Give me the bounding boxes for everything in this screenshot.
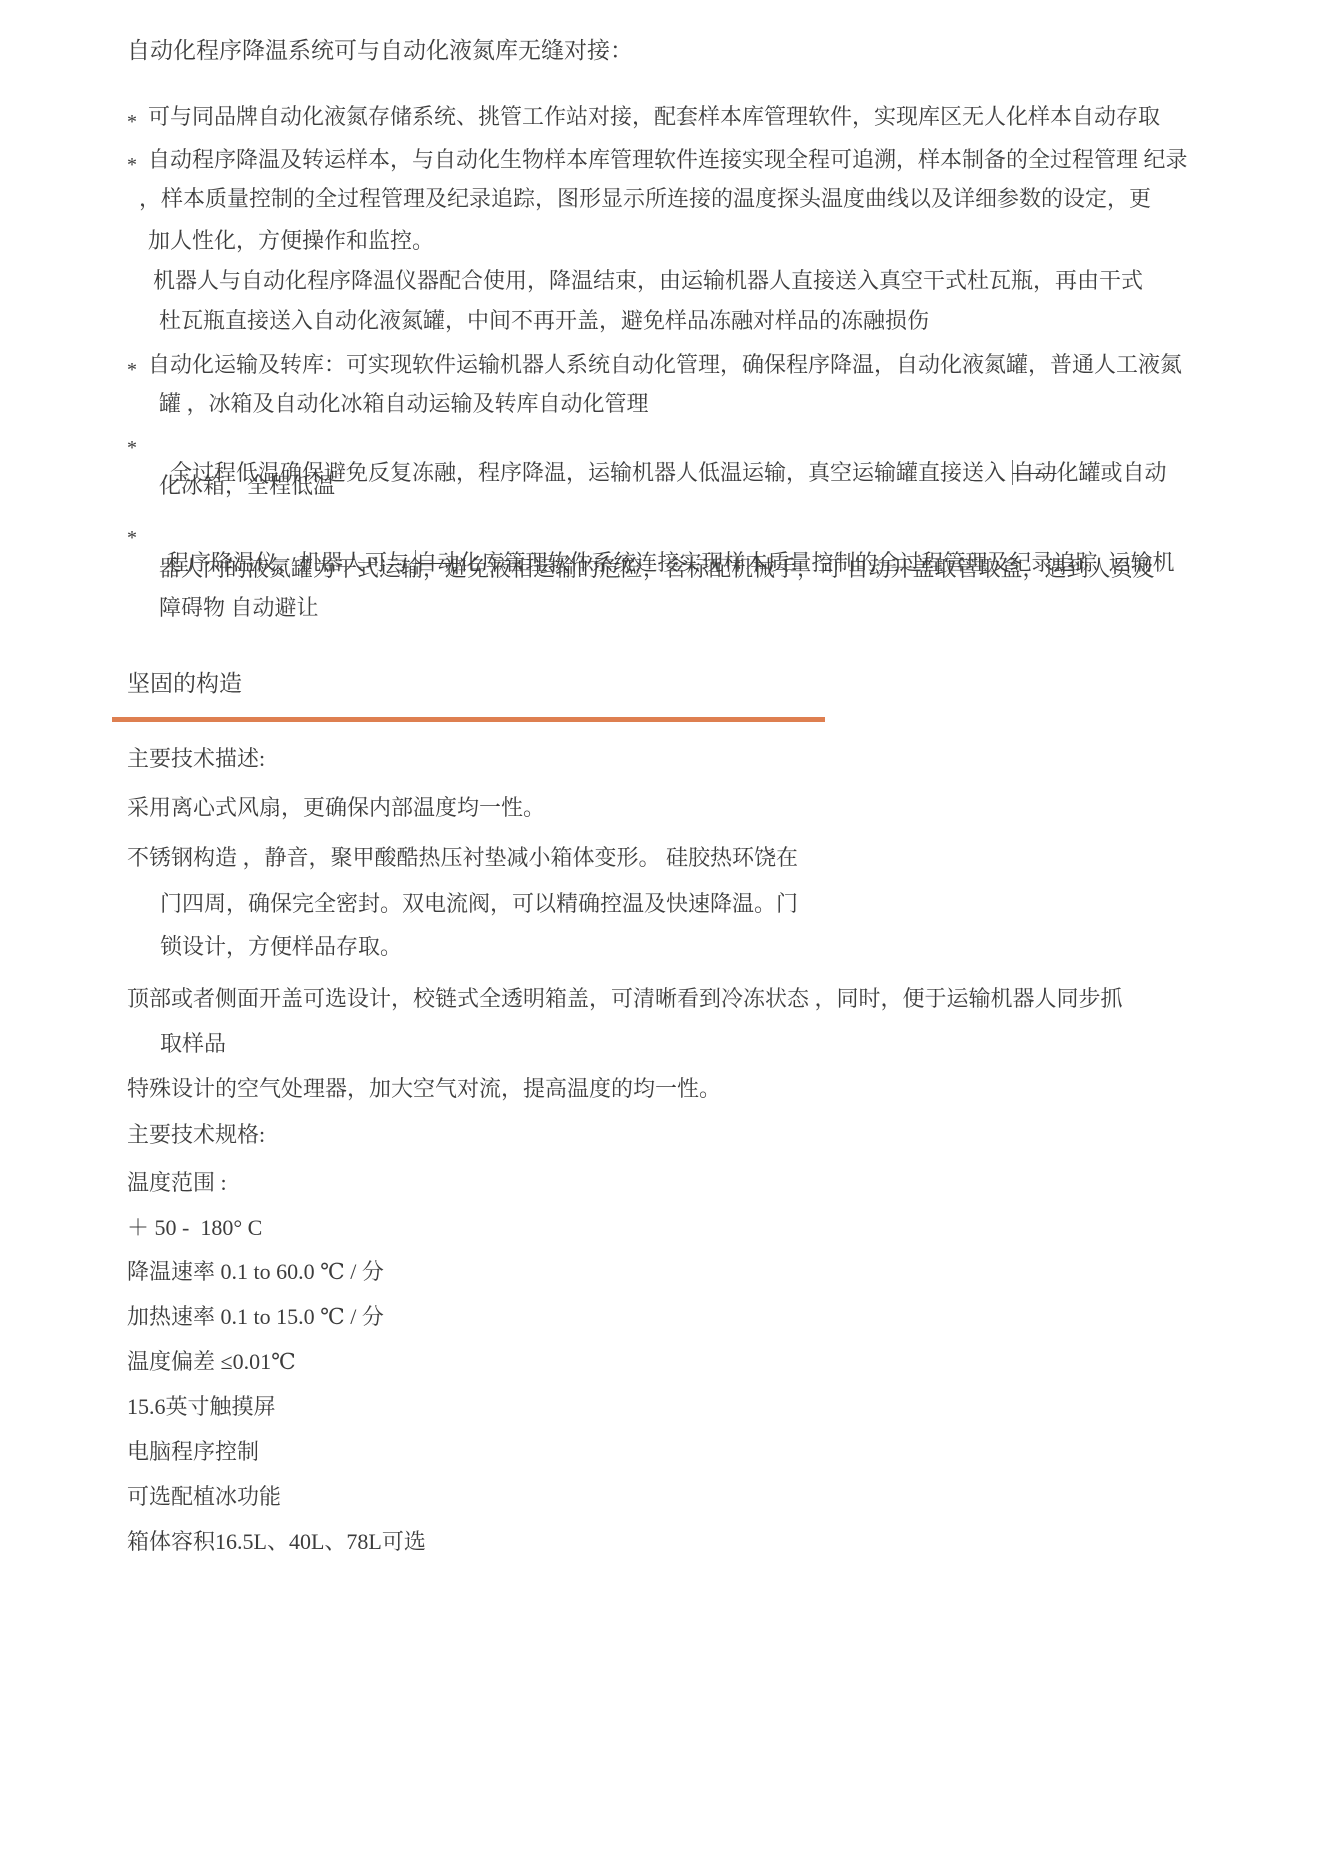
bullet-4-line-1-tail: 化罐或自动 [1057, 460, 1167, 485]
spec-chamber-volume: 箱体容积16.5L、40L、78L可选 [127, 1527, 426, 1557]
spec-temperature-range-value: ＋ 50 - 180° C [127, 1213, 262, 1243]
spec-ice-seeding-option: 可选配植冰功能 [127, 1482, 281, 1512]
section-divider-rule [112, 717, 825, 722]
bullet-4-line-2: 化冰箱，全程低温 [159, 471, 335, 501]
bullet-1-line-1: 可与同品牌自动化液氮存储系统、挑管工作站对接，配套样本库管理软件，实现库区无人化… [148, 102, 1160, 132]
tech-desc-paragraph-1: 采用离心式风扇，更确保内部温度均一性。 [127, 793, 545, 823]
tech-specs-heading: 主要技术规格: [127, 1120, 265, 1150]
spec-temperature-deviation: 温度偏差 ≤0.01℃ [127, 1347, 296, 1377]
tech-desc-paragraph-2-line-2: 门四周，确保完全密封。双电流阀，可以精确控温及快速降温。门 [160, 889, 798, 919]
bullet-4-marker: * [127, 436, 137, 460]
tech-desc-paragraph-3-line-1: 顶部或者侧面开盖可选设计，校链式全透明箱盖，可清晰看到冷冻状态 ，同时，便于运输… [127, 984, 1123, 1014]
spec-temperature-range-label: 温度范围 : [127, 1168, 227, 1198]
bullet-5-marker: * [127, 526, 137, 550]
section-heading: 坚固的构造 [127, 669, 242, 699]
bullet-2-marker: * [127, 153, 137, 177]
tech-desc-paragraph-3-line-2: 取样品 [160, 1029, 226, 1059]
tech-desc-heading: 主要技术描述: [127, 744, 265, 774]
tech-desc-paragraph-4: 特殊设计的空气处理器，加大空气对流，提高温度的均一性。 [127, 1074, 721, 1104]
bullet-2-line-3: 加人性化，方便操作和监控。 [148, 226, 434, 256]
bullet-3-line-2: 罐 ，冰箱及自动化冰箱自动运输及转库自动化管理 [159, 389, 649, 419]
document-page: 自动化程序降温系统可与自动化液氮库无缝对接： * 可与同品牌自动化液氮存储系统、… [0, 0, 1323, 1871]
bullet-5-line-2: 器人内的液氮罐为干式运输，避免液相运输的危险，含标配机械手，可 自动开盖取管取盒… [159, 554, 1155, 584]
bullet-1-marker: * [127, 110, 137, 134]
bullet-3-line-1: 自动化运输及转库：可实现软件运输机器人系统自动化管理，确保程序降温，自动化液氮罐… [148, 350, 1182, 380]
bullet-2-line-1: 自动程序降温及转运样本，与自动化生物样本库管理软件连接实现全程可追溯，样本制备的… [148, 145, 1188, 175]
document-title: 自动化程序降温系统可与自动化液氮库无缝对接： [127, 36, 633, 66]
spec-heating-rate: 加热速率 0.1 to 15.0 ℃ / 分 [127, 1302, 384, 1332]
bullet-2-line-4: 机器人与自动化程序降温仪器配合使用，降温结束，由运输机器人直接送入真空干式杜瓦瓶… [153, 266, 1143, 296]
bullet-4-line-1-marked-text: 自动 [1012, 460, 1057, 485]
bullet-2-line-5: 杜瓦瓶直接送入自动化液氮罐，中间不再开盖，避免样品冻融对样品的冻融损伤 [159, 306, 929, 336]
bullet-2-line-2: ，样本质量控制的全过程管理及纪录追踪，图形显示所连接的温度探头温度曲线以及详细参… [139, 184, 1151, 214]
bullet-3-marker: * [127, 358, 137, 382]
tech-desc-paragraph-2-line-3: 锁设计，方便样品存取。 [160, 932, 402, 962]
bullet-5-line-3: 障碍物 自动避让 [159, 593, 319, 623]
spec-touchscreen: 15.6英寸触摸屏 [127, 1392, 276, 1422]
tech-desc-paragraph-2-line-1: 不锈钢构造 ，静音，聚甲酸酷热压衬垫减小箱体变形。 硅胶热环饶在 [127, 843, 798, 873]
spec-computer-control: 电脑程序控制 [127, 1437, 259, 1467]
spec-cooling-rate: 降温速率 0.1 to 60.0 ℃ / 分 [127, 1257, 384, 1287]
